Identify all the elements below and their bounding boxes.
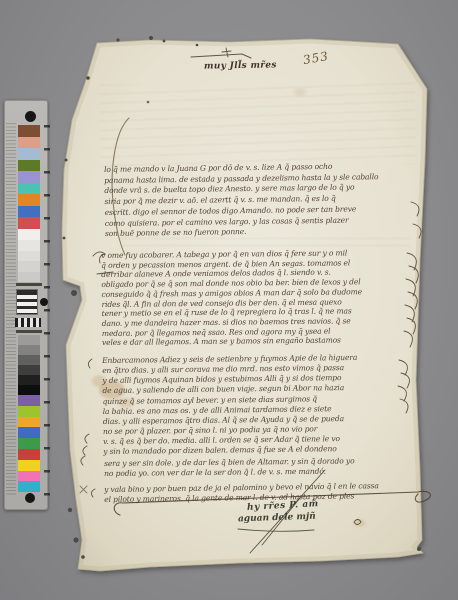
color-patch: [18, 137, 40, 149]
checker-pattern: [15, 318, 41, 327]
folio-number: 353: [302, 49, 330, 67]
color-patch: [18, 406, 40, 417]
color-patch: [18, 240, 40, 251]
separator-bar: [16, 283, 42, 286]
registration-dot-top: [25, 111, 36, 122]
color-patch: [18, 335, 40, 345]
resolution-target: [16, 289, 38, 315]
gray-ramp-dark: [18, 335, 40, 395]
separator-bar: [16, 330, 42, 333]
calibration-microtext: [6, 123, 16, 495]
color-patch: [18, 438, 40, 449]
photo-background: 353 muy Jll̃s mr̃es lo q̃ me mando v la …: [0, 0, 458, 600]
color-patch: [18, 427, 40, 438]
color-patch: [18, 460, 40, 471]
color-patch: [18, 148, 40, 160]
color-patch: [18, 272, 40, 283]
manuscript-paragraph-3: Enbarcamonos Adiez y seis de setienbre y…: [102, 353, 358, 458]
color-patch: [18, 481, 40, 492]
color-patch: [18, 355, 40, 365]
color-calibration-bar: [4, 100, 48, 510]
color-patch-column-top: [18, 125, 40, 240]
color-patch: [18, 160, 40, 172]
calibration-tick-marks: [44, 125, 50, 497]
gray-ramp-light: [18, 240, 40, 282]
color-patch: [18, 217, 40, 229]
color-patch: [18, 171, 40, 183]
signature-line-2: aguan dele mjñ: [238, 512, 316, 525]
color-patch-column-bottom: [18, 395, 40, 492]
registration-dot-bottom: [25, 493, 35, 503]
color-patch: [18, 251, 40, 262]
color-patch: [18, 229, 40, 241]
color-patch: [18, 183, 40, 195]
color-patch: [18, 125, 40, 137]
manuscript-paragraph-2: v ome fuy acobarer. A tabega y por q̃ en…: [101, 248, 363, 348]
manuscript-line: veles e dar all llegamos. A man se y bam…: [102, 336, 363, 348]
color-patch: [18, 375, 40, 385]
color-patch: [18, 449, 40, 460]
color-patch: [18, 471, 40, 482]
manuscript-paragraph-1: lo q̃ me mando v la Juana G por dō de v.…: [104, 161, 379, 240]
color-patch: [18, 395, 40, 406]
manuscript-line: no podia yo. con ver dar le la ser don q…: [104, 466, 355, 479]
manuscript-text-layer: 353 muy Jll̃s mr̃es lo q̃ me mando v la …: [0, 0, 458, 600]
manuscript-paragraph-5: y vala bino y por buen paz de ja el palo…: [104, 481, 379, 505]
color-patch: [18, 385, 40, 395]
manuscript-paragraph-4: sera y ser sin dole. y de dar les q̃ bie…: [104, 456, 355, 479]
letter-salutation: muy Jll̃s mr̃es: [204, 60, 277, 71]
color-patch: [18, 345, 40, 355]
color-patch: [18, 261, 40, 272]
manuscript-line: y sin lo mandado por dizen balen. demas …: [103, 444, 358, 457]
color-patch: [18, 206, 40, 218]
color-patch: [18, 194, 40, 206]
color-patch: [18, 365, 40, 375]
color-patch: [18, 417, 40, 428]
